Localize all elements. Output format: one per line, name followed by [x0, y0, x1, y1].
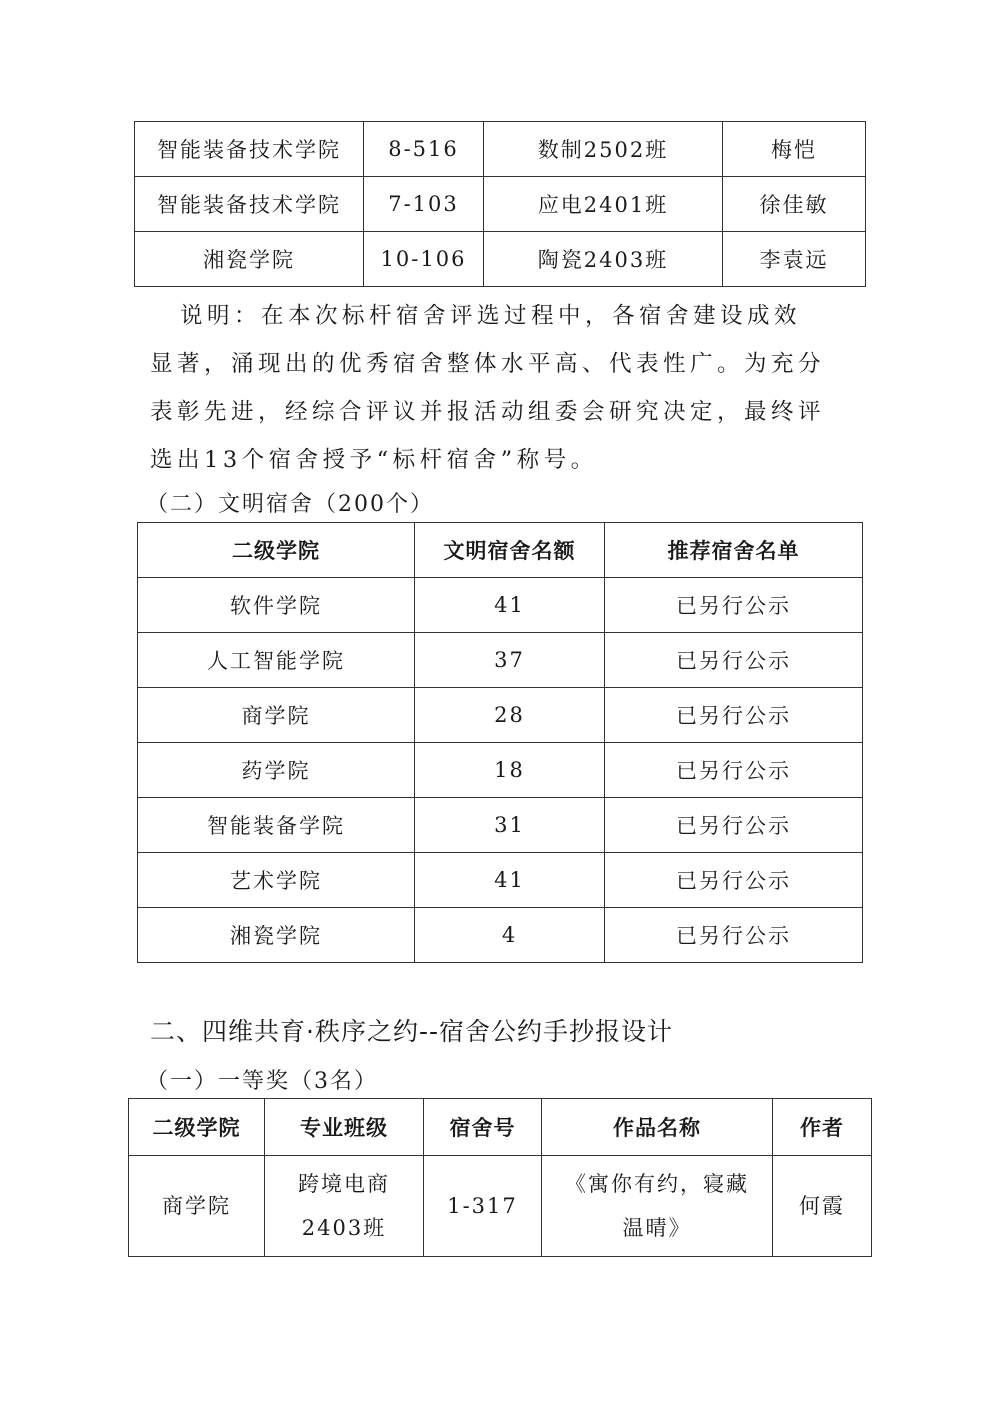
table-row: 智能装备技术学院 8-516 数制2502班 梅恺 — [135, 122, 866, 177]
dorm-number-cell: 10-106 — [364, 232, 484, 287]
college-cell: 智能装备学院 — [138, 798, 415, 853]
note-paragraph: 说明：在本次标杆宿舍评选过程中，各宿舍建设成效 显著，涌现出的优秀宿舍整体水平高… — [150, 292, 870, 484]
college-cell: 商学院 — [129, 1156, 265, 1257]
list-cell: 已另行公示 — [605, 798, 863, 853]
name-cell: 梅恺 — [723, 122, 866, 177]
class-line: 跨境电商 — [265, 1162, 423, 1206]
table-row: 商学院28已另行公示 — [138, 688, 863, 743]
quota-cell: 37 — [415, 633, 605, 688]
name-cell: 李袁远 — [723, 232, 866, 287]
header-work: 作品名称 — [542, 1099, 773, 1156]
header-author: 作者 — [773, 1099, 872, 1156]
list-cell: 已另行公示 — [605, 578, 863, 633]
note-line: 说明：在本次标杆宿舍评选过程中，各宿舍建设成效 — [136, 292, 870, 340]
table-row: 湘瓷学院 10-106 陶瓷2403班 李袁远 — [135, 232, 866, 287]
quota-cell: 18 — [415, 743, 605, 798]
class-cell: 陶瓷2403班 — [484, 232, 723, 287]
note-line: 表彰先进，经综合评议并报活动组委会研究决定，最终评 — [150, 388, 870, 436]
table-row: 药学院18已另行公示 — [138, 743, 863, 798]
name-cell: 徐佳敏 — [723, 177, 866, 232]
dorm-number-cell: 7-103 — [364, 177, 484, 232]
college-cell: 人工智能学院 — [138, 633, 415, 688]
table-row: 智能装备学院31已另行公示 — [138, 798, 863, 853]
class-line: 2403班 — [265, 1206, 423, 1250]
list-cell: 已另行公示 — [605, 633, 863, 688]
quota-cell: 4 — [415, 908, 605, 963]
note-line: 显著，涌现出的优秀宿舍整体水平高、代表性广。为充分 — [150, 340, 870, 388]
college-cell: 湘瓷学院 — [138, 908, 415, 963]
college-cell: 软件学院 — [138, 578, 415, 633]
header-class: 专业班级 — [265, 1099, 424, 1156]
table-row: 软件学院41已另行公示 — [138, 578, 863, 633]
college-cell: 智能装备技术学院 — [135, 177, 364, 232]
college-cell: 湘瓷学院 — [135, 232, 364, 287]
civil-dorm-heading: （二）文明宿舍（200个） — [146, 487, 434, 518]
list-cell: 已另行公示 — [605, 853, 863, 908]
table-row: 智能装备技术学院 7-103 应电2401班 徐佳敏 — [135, 177, 866, 232]
quota-cell: 41 — [415, 578, 605, 633]
quota-cell: 41 — [415, 853, 605, 908]
college-cell: 商学院 — [138, 688, 415, 743]
header-list: 推荐宿舍名单 — [605, 523, 863, 578]
work-cell: 《寓你有约，寝藏 温晴》 — [542, 1156, 773, 1257]
class-cell: 数制2502班 — [484, 122, 723, 177]
college-cell: 药学院 — [138, 743, 415, 798]
section-heading: 二、四维共育·秩序之约--宿舍公约手抄报设计 — [150, 1012, 673, 1048]
header-quota: 文明宿舍名额 — [415, 523, 605, 578]
class-cell: 跨境电商 2403班 — [265, 1156, 424, 1257]
dorm-number-cell: 8-516 — [364, 122, 484, 177]
list-cell: 已另行公示 — [605, 743, 863, 798]
header-dorm: 宿舍号 — [424, 1099, 542, 1156]
list-cell: 已另行公示 — [605, 688, 863, 743]
list-cell: 已另行公示 — [605, 908, 863, 963]
college-cell: 智能装备技术学院 — [135, 122, 364, 177]
benchmark-dorm-table: 智能装备技术学院 8-516 数制2502班 梅恺 智能装备技术学院 7-103… — [134, 121, 866, 287]
author-cell: 何霞 — [773, 1156, 872, 1257]
work-line: 《寓你有约，寝藏 — [542, 1162, 772, 1206]
header-college: 二级学院 — [138, 523, 415, 578]
header-college: 二级学院 — [129, 1099, 265, 1156]
table-row: 人工智能学院37已另行公示 — [138, 633, 863, 688]
civil-dorm-table: 二级学院 文明宿舍名额 推荐宿舍名单 软件学院41已另行公示 人工智能学院37已… — [137, 522, 863, 963]
first-prize-table: 二级学院 专业班级 宿舍号 作品名称 作者 商学院 跨境电商 2403班 1-3… — [128, 1098, 872, 1257]
dorm-cell: 1-317 — [424, 1156, 542, 1257]
first-prize-heading: （一）一等奖（3名） — [146, 1064, 378, 1095]
note-line: 选出13个宿舍授予“标杆宿舍”称号。 — [150, 436, 870, 484]
table-header-row: 二级学院 文明宿舍名额 推荐宿舍名单 — [138, 523, 863, 578]
quota-cell: 28 — [415, 688, 605, 743]
table-row: 艺术学院41已另行公示 — [138, 853, 863, 908]
table-row: 商学院 跨境电商 2403班 1-317 《寓你有约，寝藏 温晴》 何霞 — [129, 1156, 872, 1257]
college-cell: 艺术学院 — [138, 853, 415, 908]
quota-cell: 31 — [415, 798, 605, 853]
table-row: 湘瓷学院4已另行公示 — [138, 908, 863, 963]
class-cell: 应电2401班 — [484, 177, 723, 232]
table-header-row: 二级学院 专业班级 宿舍号 作品名称 作者 — [129, 1099, 872, 1156]
work-line: 温晴》 — [542, 1206, 772, 1250]
